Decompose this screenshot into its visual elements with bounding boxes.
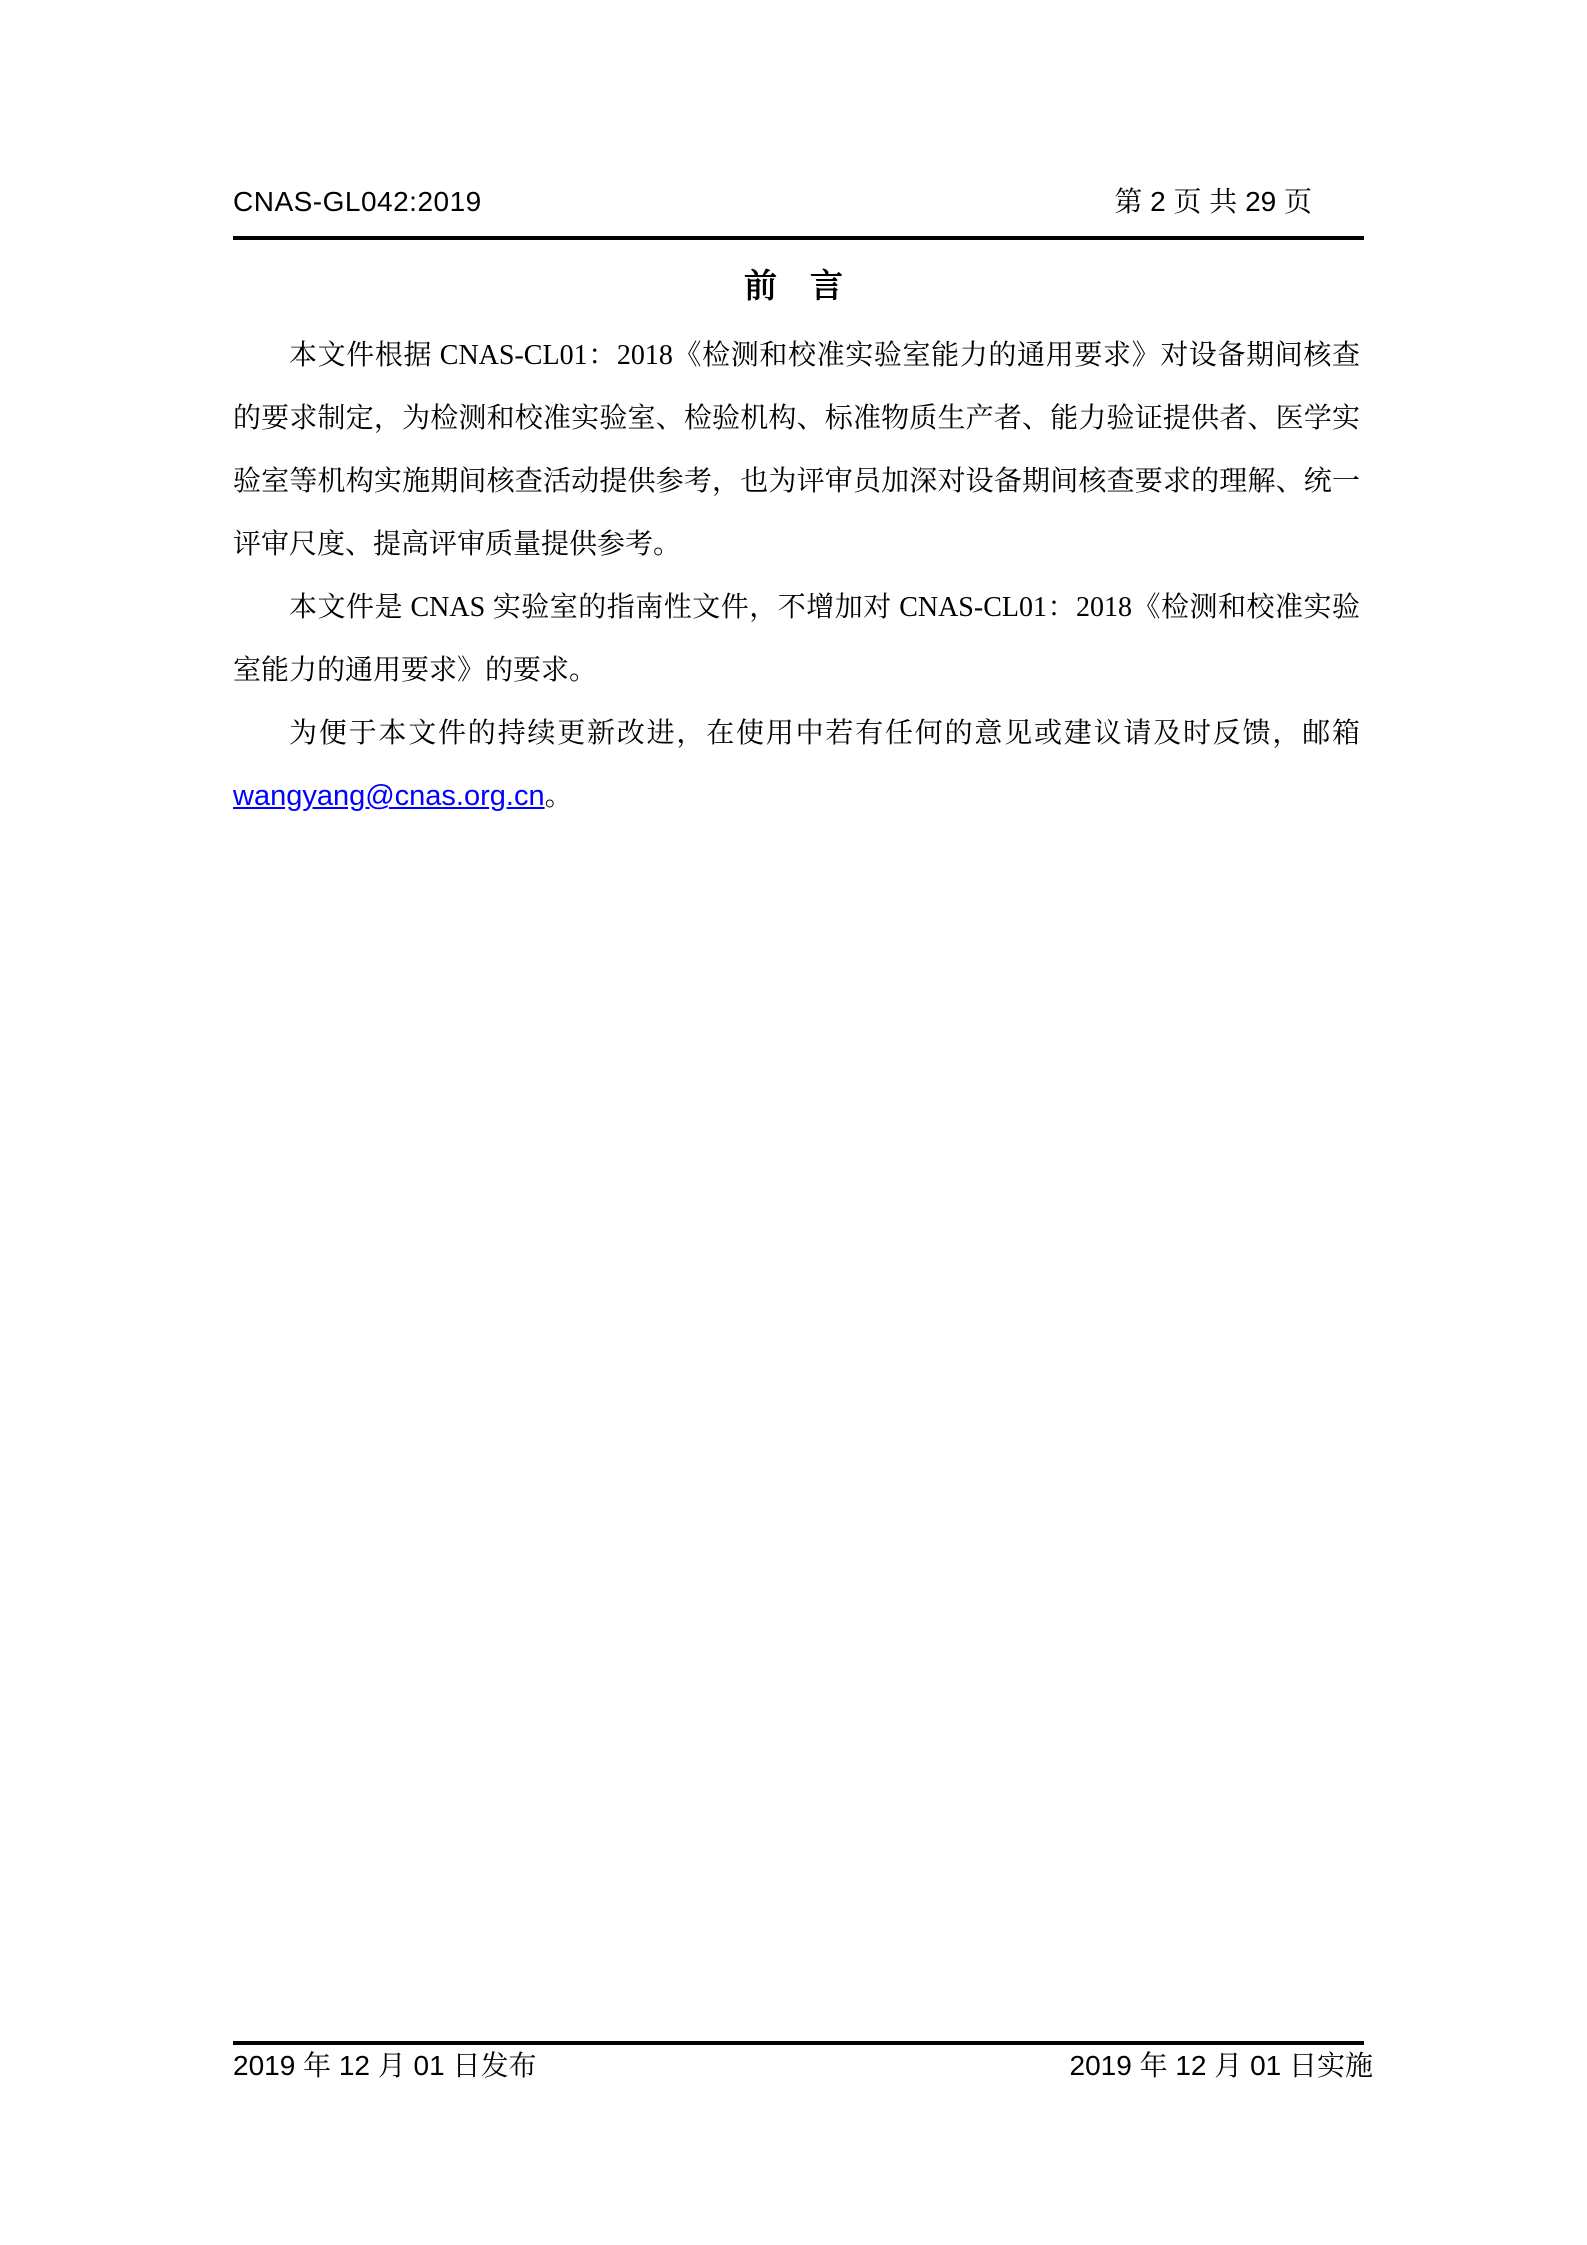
sentence-period: 。 xyxy=(545,781,573,812)
foreword-body: 本文件根据 CNAS-CL01：2018《检测和校准实验室能力的通用要求》对设备… xyxy=(233,324,1360,828)
page-header: CNAS-GL042:2019 第 2 页 共 29 页 xyxy=(233,186,1364,218)
body-line: 评审尺度、提高评审质量提供参考。 xyxy=(233,513,1360,576)
document-title: 前 言 xyxy=(0,262,1587,312)
header-divider xyxy=(233,236,1364,240)
email-line: wangyang@cnas.org.cn。 xyxy=(233,765,1360,828)
release-date-label: 2019 年 12 月 01 日发布 xyxy=(233,2048,536,2084)
doc-code-label: CNAS-GL042:2019 xyxy=(233,186,482,218)
body-line: 验室等机构实施期间核查活动提供参考，也为评审员加深对设备期间核查要求的理解、统一 xyxy=(233,450,1360,513)
implementation-date-label: 2019 年 12 月 01 日实施 xyxy=(1070,2048,1373,2084)
body-line: 的要求制定，为检测和校准实验室、检验机构、标准物质生产者、能力验证提供者、医学实 xyxy=(233,387,1360,450)
email-link[interactable]: wangyang@cnas.org.cn xyxy=(233,780,545,812)
body-line: 本文件根据 CNAS-CL01：2018《检测和校准实验室能力的通用要求》对设备… xyxy=(233,324,1360,387)
body-line: 本文件是 CNAS 实验室的指南性文件，不增加对 CNAS-CL01：2018《… xyxy=(233,576,1360,639)
body-line: 室能力的通用要求》的要求。 xyxy=(233,639,1360,702)
body-line: 为便于本文件的持续更新改进，在使用中若有任何的意见或建议请及时反馈，邮箱 xyxy=(233,702,1360,765)
footer-divider xyxy=(233,2041,1364,2045)
document-page: CNAS-GL042:2019 第 2 页 共 29 页 前 言 本文件根据 C… xyxy=(0,0,1587,2245)
page-footer: 2019 年 12 月 01 日发布 2019 年 12 月 01 日实施 xyxy=(233,2048,1373,2084)
page-number-indicator: 第 2 页 共 29 页 xyxy=(1114,186,1364,218)
